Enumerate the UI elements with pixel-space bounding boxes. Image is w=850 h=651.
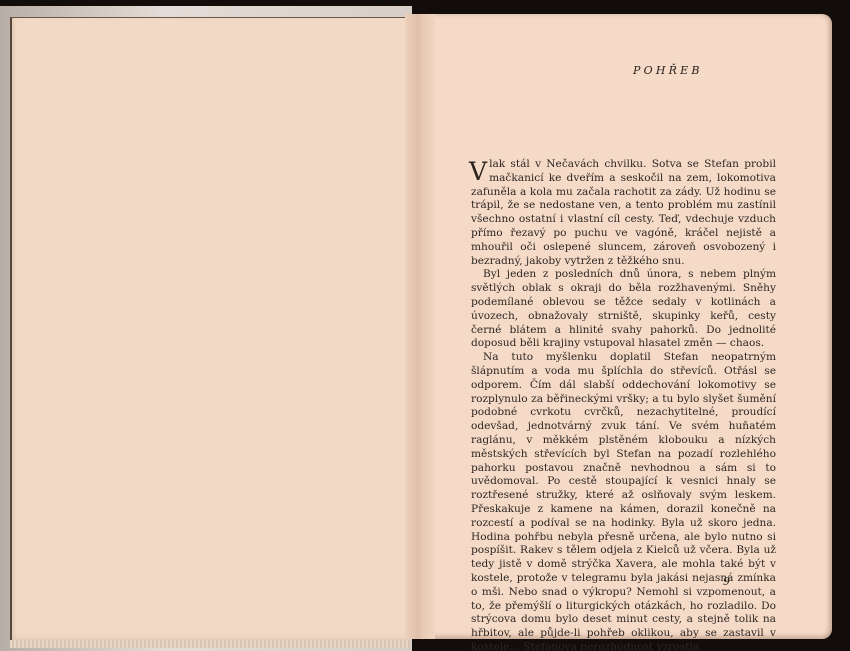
paragraph-1-text: lak stál v Nečavách chvilku. Sotva se St…	[471, 158, 776, 267]
running-head: POHŘEB	[633, 64, 703, 77]
paragraph-1: Vlak stál v Nečavách chvilku. Sotva se S…	[471, 158, 776, 268]
page-edges	[10, 640, 410, 648]
paragraph-2: Byl jeden z posledních dnů února, s nebe…	[471, 268, 776, 351]
drop-cap: V	[469, 161, 487, 183]
body-text: Vlak stál v Nečavách chvilku. Sotva se S…	[471, 158, 776, 651]
book-gutter	[405, 14, 435, 639]
paragraph-3: Na tuto myšlenku doplatil Stefan neopatr…	[471, 351, 776, 651]
page-number: 9	[723, 575, 730, 588]
left-page-blank	[10, 17, 410, 644]
